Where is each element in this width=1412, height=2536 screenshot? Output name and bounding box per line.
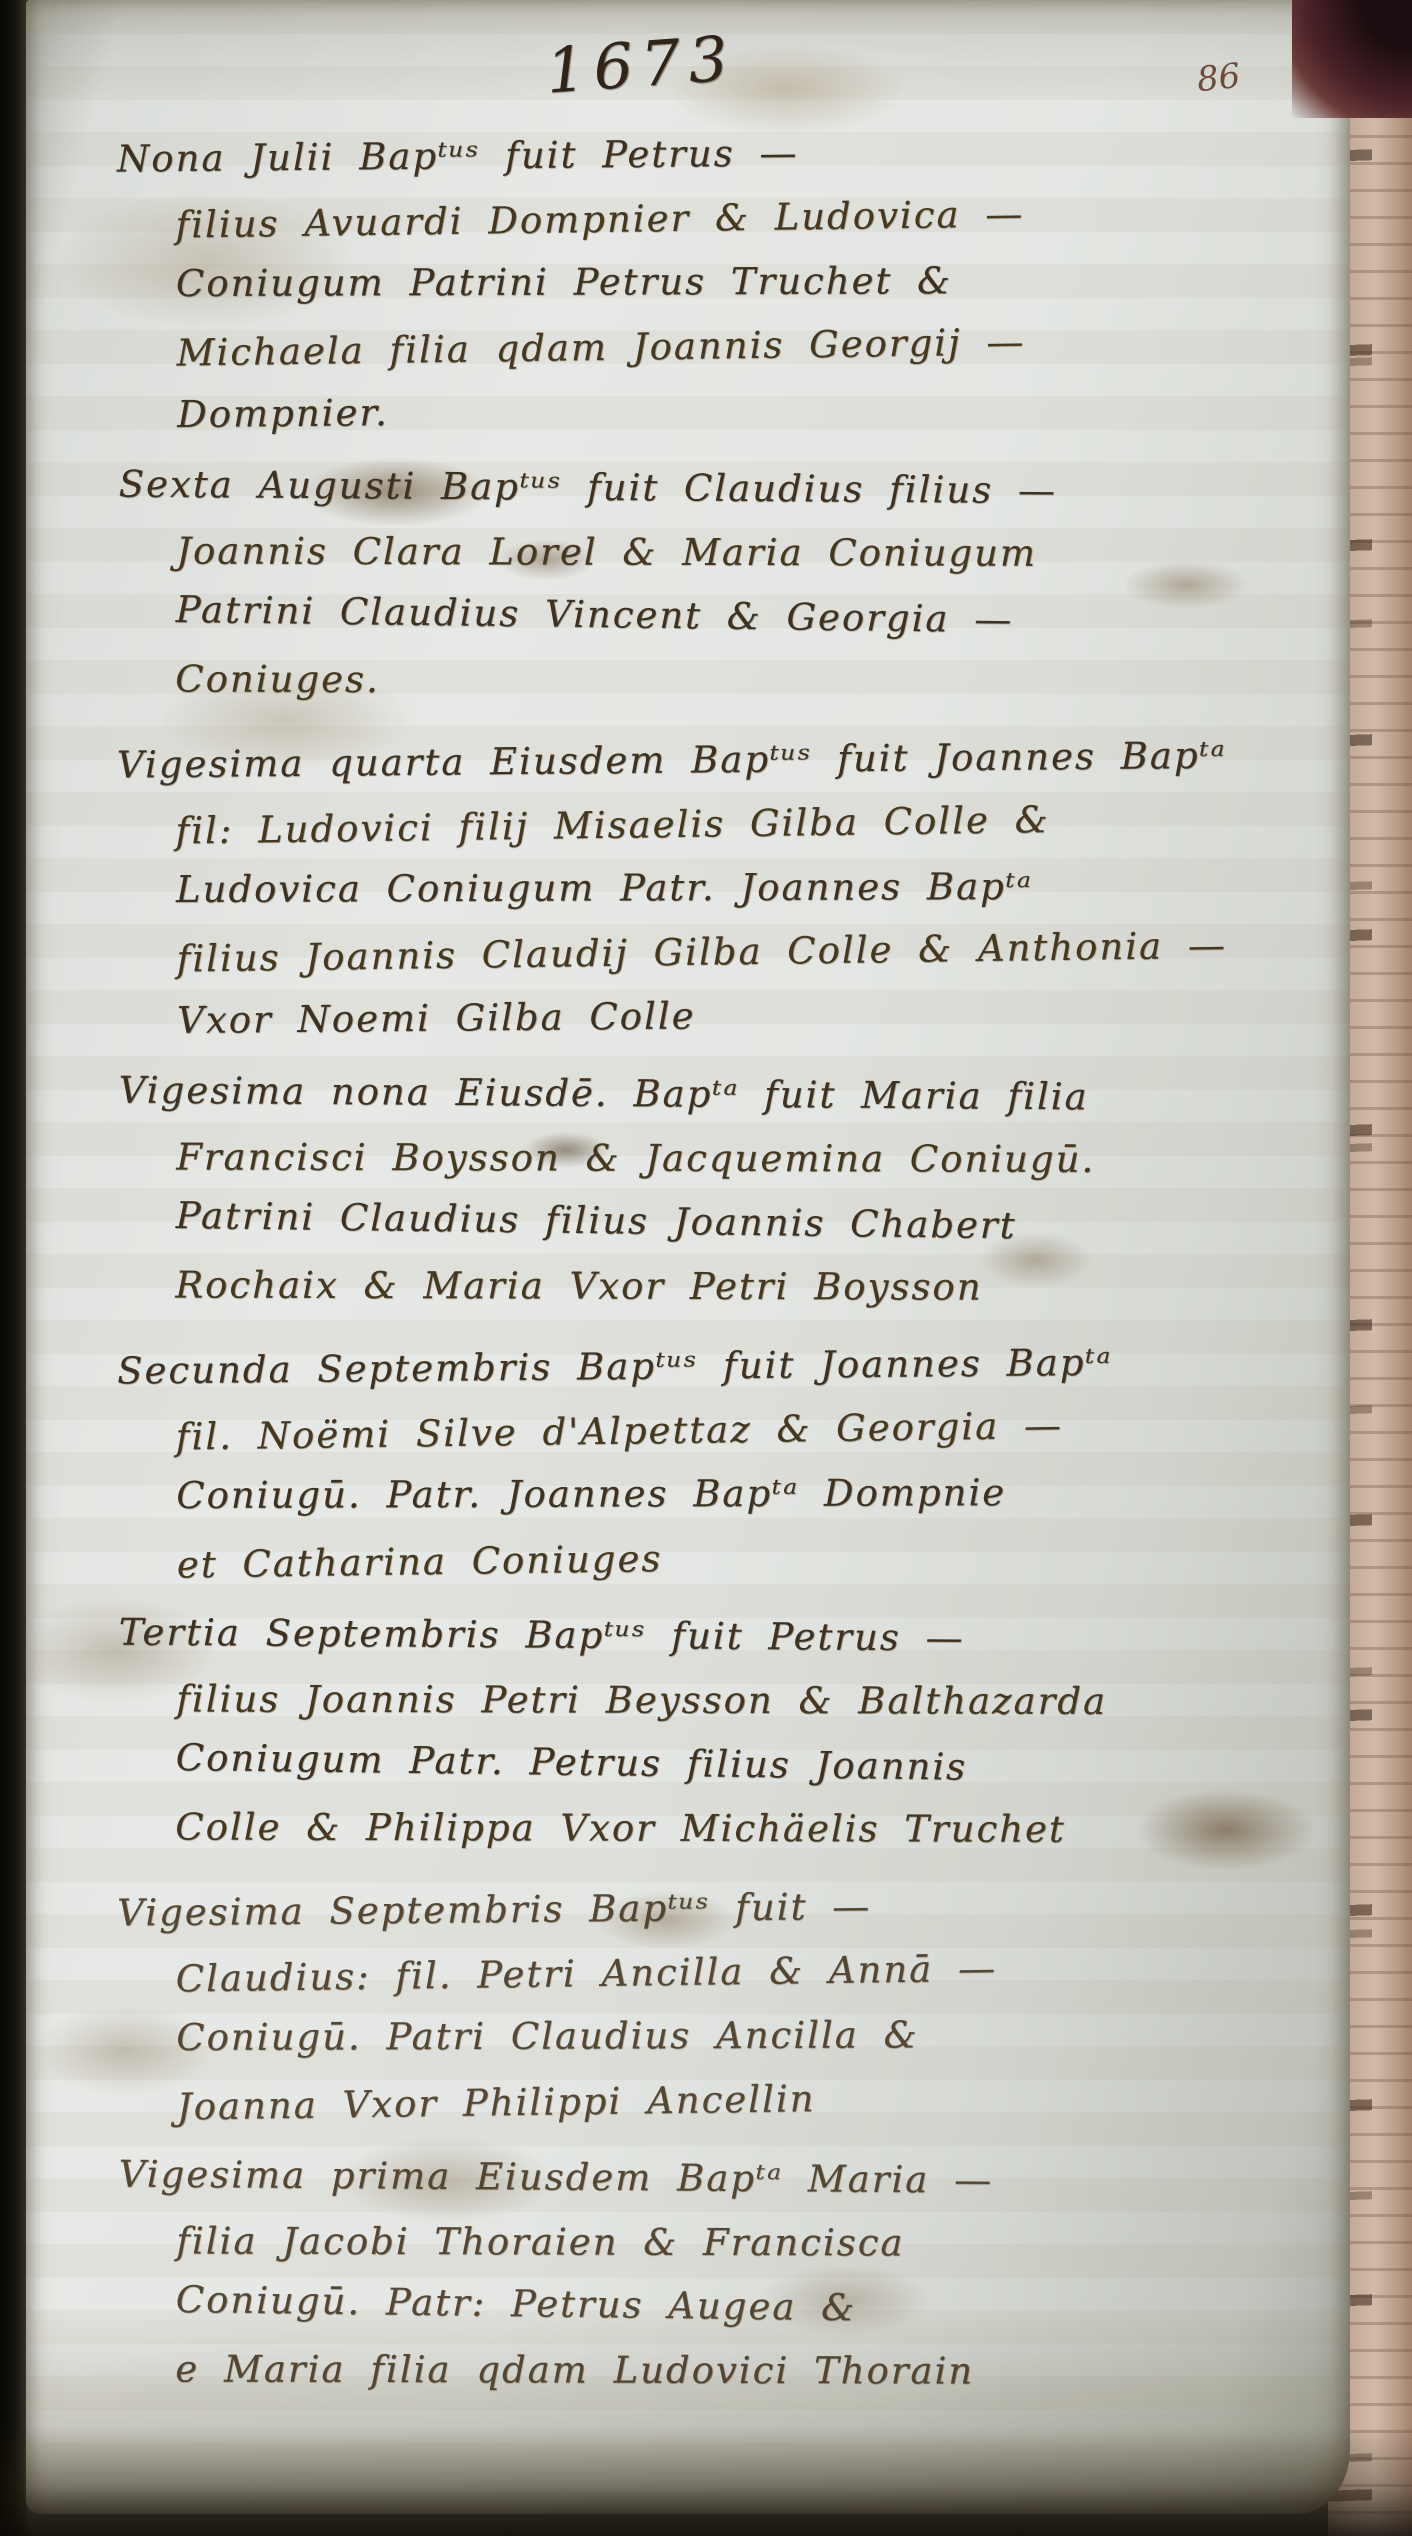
record-line: et Catharina Coniuges [176,1518,1325,1597]
manuscript-page: 1673 86 Nona Julii Bapᵗᵘˢ fuit Petrus —f… [26,0,1350,2514]
record-line: fil. Noëmi Silve d'Alpettaz & Georgia — [175,1390,1324,1469]
book-scan: 1673 86 Nona Julii Bapᵗᵘˢ fuit Petrus —f… [0,0,1412,2536]
record-line: Coniugū. Patri Claudius Ancilla & [176,2002,1324,2070]
baptism-record: Vigesima prima Eiusdem Bapᵗᵃ Maria —fili… [175,2143,1325,2407]
record-line: Coniugū. Patr. Joannes Bapᵗᵃ Dompnie [176,1460,1324,1528]
record-line: Vigesima prima Eiusdem Bapᵗᵃ Maria — [118,2143,1324,2215]
record-line: Ludovica Coniugum Patr. Joannes Bapᵗᵃ [176,854,1324,922]
record-line: Colle & Philippa Vxor Michäelis Truchet [175,1795,1323,1862]
baptism-record: Vigesima Septembris Bapᵗᵘˢ fuit —Claudiu… [175,1871,1325,2137]
record-line: Coniugum Patr. Petrus filius Joannis [175,1726,1324,1804]
record-line: Francisci Boysson & Jacquemina Coniugū. [176,1125,1324,1192]
record-line: Tertia Septembris Bapᵗᵘˢ fuit Petrus — [118,1601,1324,1673]
records-list: Nona Julii Bapᵗᵘˢ fuit Petrus —filius Av… [26,112,1350,2403]
year-heading: 1673 [544,21,738,107]
record-line: Rochaix & Maria Vxor Petri Boysson [175,1253,1323,1320]
baptism-record: Tertia Septembris Bapᵗᵘˢ fuit Petrus —fi… [175,1601,1325,1865]
record-line: Sexta Augusti Bapᵗᵘˢ fuit Claudius filiu… [118,453,1324,525]
baptism-record: Vigesima quarta Eiusdem Bapᵗᵘˢ fuit Joan… [175,723,1326,1053]
record-line: Dompnier. [177,373,1326,447]
record-line: Coniugum Patrini Petrus Truchet & [176,248,1324,316]
book-cover-corner [1292,0,1412,118]
page-content: 1673 86 Nona Julii Bapᵗᵘˢ fuit Petrus —f… [26,0,1350,2514]
record-line: filia Jacobi Thoraien & Francisca [176,2209,1324,2276]
record-line: fil: Ludovici filij Misaelis Gilba Colle… [175,784,1324,863]
baptism-record: Sexta Augusti Bapᵗᵘˢ fuit Claudius filiu… [175,453,1325,717]
record-line: e Maria filia qdam Ludovici Thorain [175,2337,1323,2404]
record-line: Joannis Clara Lorel & Maria Coniugum [176,519,1324,586]
baptism-record: Vigesima nona Eiusdē. Bapᵗᵃ fuit Maria f… [175,1059,1325,1323]
record-line: Vxor Noemi Gilba Colle [177,979,1326,1053]
record-line: Patrini Claudius Vincent & Georgia — [175,578,1324,656]
record-line: Claudius: fil. Petri Ancilla & Annā — [175,1932,1324,2011]
record-line: Coniugū. Patr: Petrus Augea & [175,2268,1324,2346]
page-number: 86 [1195,56,1242,100]
record-line: filius Joannis Petri Beysson & Balthazar… [176,1667,1324,1734]
record-line: Patrini Claudius filius Joannis Chabert [175,1184,1324,1262]
record-line: Coniuges. [175,647,1323,714]
baptism-record: Nona Julii Bapᵗᵘˢ fuit Petrus —filius Av… [175,117,1326,447]
page-header: 1673 86 [26,0,1350,112]
baptism-record: Secunda Septembris Bapᵗᵘˢ fuit Joannes B… [175,1329,1325,1595]
record-line: Joanna Vxor Philippi Ancellin [176,2060,1325,2139]
record-line: Vigesima nona Eiusdē. Bapᵗᵃ fuit Maria f… [118,1059,1324,1131]
record-line: filius Avuardi Dompnier & Ludovica — [175,178,1324,257]
